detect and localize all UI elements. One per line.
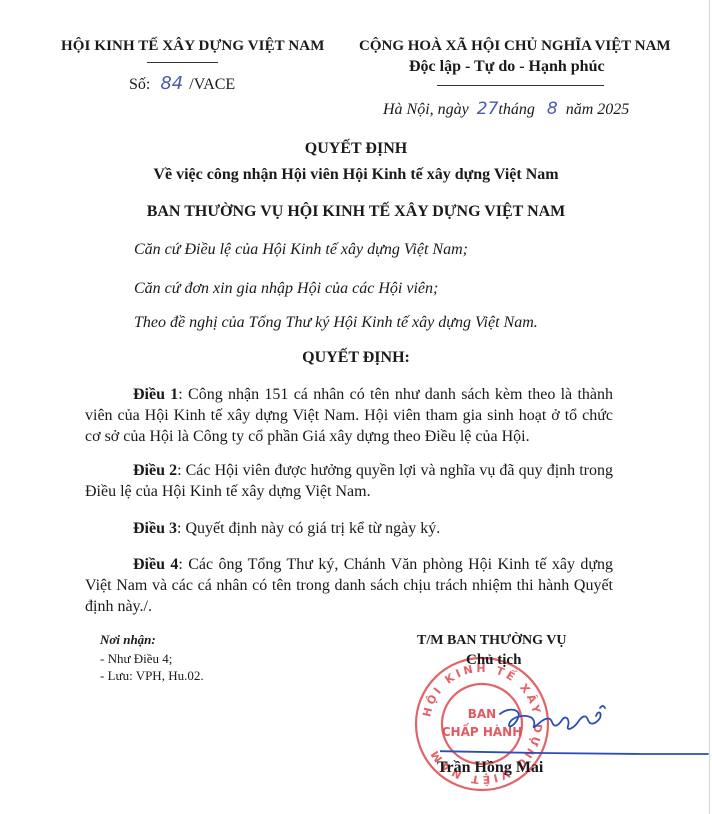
- article: Điều 3: Quyết định này có giá trị kể từ …: [85, 518, 613, 539]
- doc-number-handwritten: 84: [160, 73, 183, 94]
- country-name: CỘNG HOÀ XÃ HỘI CHỦ NGHĨA VIỆT NAM: [359, 38, 671, 55]
- date-month-handwritten: 8: [547, 99, 558, 119]
- document-number: Số: 84/VACE: [129, 73, 235, 94]
- place-prefix: Hà Nội, ngày: [383, 101, 469, 118]
- signer-title: Chủ tịch: [466, 652, 521, 669]
- doc-number-suffix: /VACE: [189, 76, 235, 93]
- page-edge: [709, 0, 710, 814]
- organization-name: HỘI KINH TẾ XÂY DỰNG VIỆT NAM: [61, 38, 325, 55]
- article-label: Điều 2: [133, 462, 177, 479]
- place-and-date: Hà Nội, ngày 27tháng 8năm 2025: [383, 99, 629, 119]
- date-day-handwritten: 27: [477, 99, 499, 119]
- year-label: năm 2025: [566, 101, 630, 118]
- org-name-underline: [147, 62, 218, 63]
- month-label: tháng: [498, 101, 534, 118]
- doc-number-prefix: Số:: [129, 76, 150, 93]
- article-text: : Quyết định này có giá trị kể từ ngày k…: [177, 520, 440, 537]
- decision-heading: QUYẾT ĐỊNH:: [0, 349, 712, 367]
- recipient-item: - Như Điều 4;: [100, 651, 172, 667]
- document-subtitle: Về việc công nhận Hội viên Hội Kinh tế x…: [0, 166, 712, 184]
- recipients-heading: Nơi nhận:: [100, 632, 156, 648]
- handwritten-signature-icon: [440, 696, 710, 756]
- article: Điều 2: Các Hội viên được hưởng quyền lợ…: [85, 460, 613, 502]
- legal-basis: Căn cứ đơn xin gia nhập Hội của các Hội …: [134, 280, 438, 298]
- article-label: Điều 4: [133, 556, 178, 573]
- national-motto: Độc lập - Tự do - Hạnh phúc: [409, 58, 605, 76]
- article-label: Điều 1: [133, 386, 178, 403]
- issuing-body: BAN THƯỜNG VỤ HỘI KINH TẾ XÂY DỰNG VIỆT …: [0, 203, 712, 221]
- signer-name: Trần Hồng Mai: [437, 759, 543, 777]
- recipient-item: - Lưu: VPH, Hu.02.: [100, 668, 204, 684]
- motto-underline: [437, 85, 604, 86]
- article: Điều 4: Các ông Tổng Thư ký, Chánh Văn p…: [85, 554, 613, 617]
- legal-basis: Theo đề nghị của Tổng Thư ký Hội Kinh tế…: [134, 314, 538, 332]
- article: Điều 1: Công nhận 151 cá nhân có tên như…: [85, 384, 613, 447]
- legal-basis: Căn cứ Điều lệ của Hội Kinh tế xây dựng …: [134, 241, 468, 259]
- document-title: QUYẾT ĐỊNH: [0, 140, 712, 158]
- article-label: Điều 3: [133, 520, 177, 537]
- signature-on-behalf: T/M BAN THƯỜNG VỤ: [417, 633, 566, 649]
